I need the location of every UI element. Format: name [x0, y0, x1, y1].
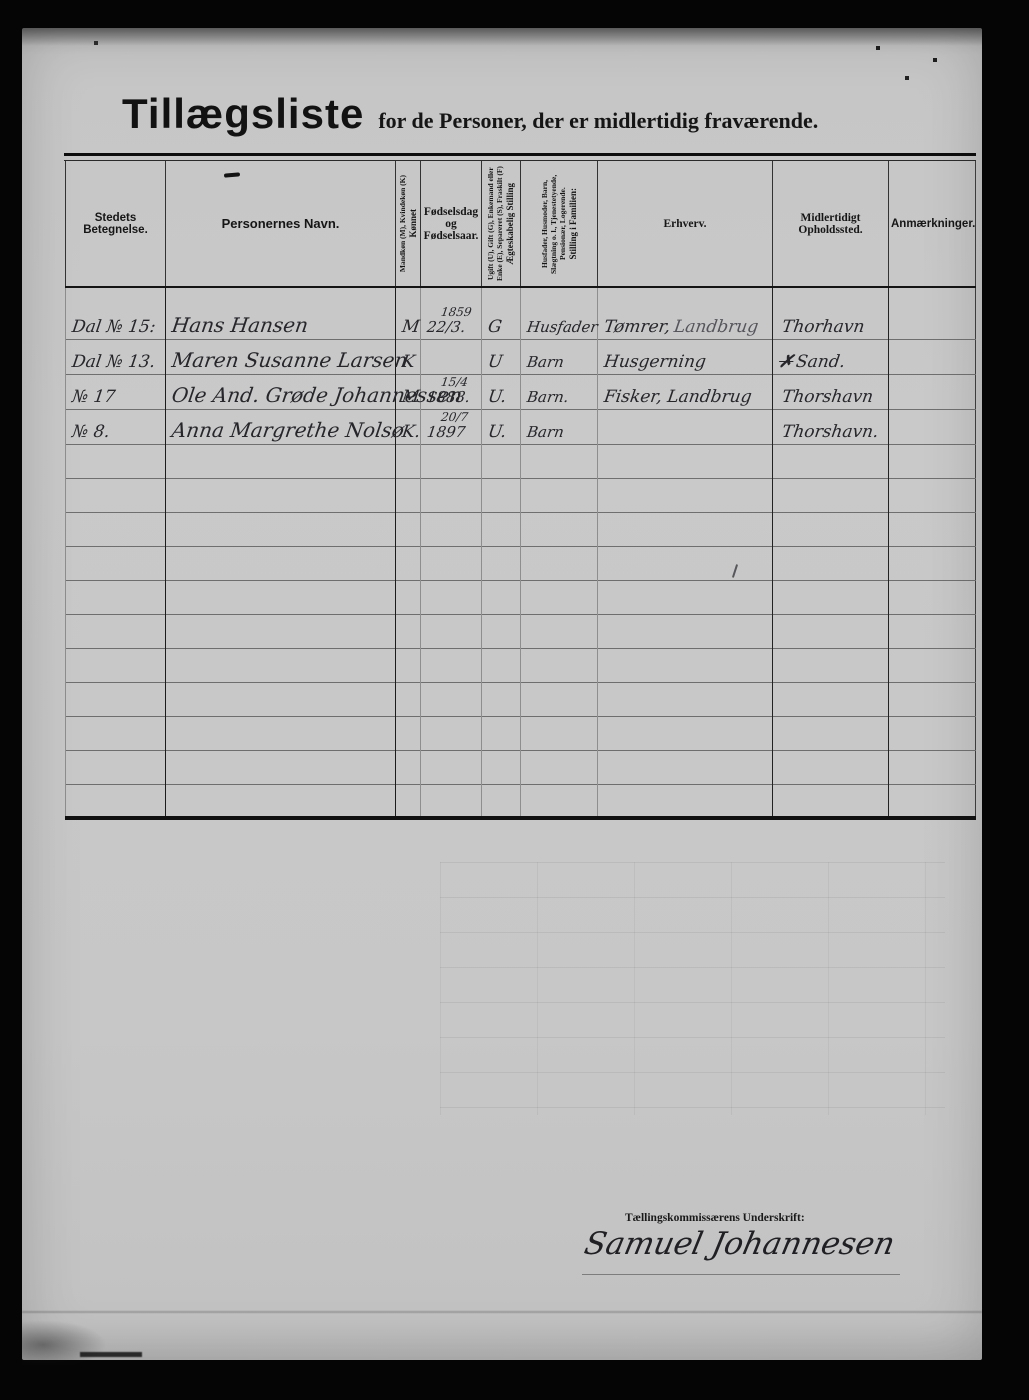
cell-stedets-betegnelse: № 8.	[66, 409, 166, 444]
empty-cell	[598, 750, 773, 784]
empty-table-row	[66, 512, 976, 546]
handwritten-occupation-faint: Landbrug	[673, 319, 759, 336]
empty-cell	[773, 512, 889, 546]
handwritten-sex: K	[401, 354, 416, 371]
handwritten-birth-top: 20/7	[440, 411, 482, 423]
empty-cell	[482, 546, 521, 580]
empty-cell	[166, 478, 396, 512]
empty-cell	[598, 784, 773, 818]
empty-cell	[421, 444, 482, 478]
empty-cell	[482, 614, 521, 648]
cell-aegteskabelig-stilling: U.	[482, 409, 521, 444]
empty-cell	[889, 580, 976, 614]
handwritten-marital: U.	[487, 424, 508, 441]
table-header-row: Stedets Betegnelse. Personernes Navn. Ma…	[66, 161, 976, 287]
empty-table-row	[66, 478, 976, 512]
vertical-header-wrap: Mandkøn (M), Kvindekøn (K) Kønnet	[398, 163, 418, 284]
handwritten-place: № 8.	[71, 424, 111, 441]
empty-cell	[521, 682, 598, 716]
col-header-koennet: Mandkøn (M), Kvindekøn (K) Kønnet	[396, 161, 421, 287]
empty-cell	[773, 614, 889, 648]
empty-cell	[521, 648, 598, 682]
commissioner-signature: Samuel Johannesen	[581, 1226, 898, 1262]
empty-cell	[598, 478, 773, 512]
handwritten-name: Hans Hansen	[171, 315, 310, 335]
empty-cell	[66, 648, 166, 682]
empty-table-row	[66, 444, 976, 478]
handwritten-occupation: Tømrer,	[603, 319, 672, 336]
col-header-opholdssted: Midlertidigt Opholdssted.	[773, 161, 889, 287]
empty-cell	[421, 546, 482, 580]
handwritten-birth-top: 15/4	[440, 376, 482, 388]
handwritten-marital: U	[487, 354, 504, 371]
handwritten-family-position: Barn	[526, 425, 565, 440]
handwritten-family-position: Husfader	[526, 320, 599, 335]
empty-cell	[521, 716, 598, 750]
handwritten-sex: K.	[401, 424, 421, 441]
table-row: № 8. Anna Margrethe Nolsø K. 20/71897 U.…	[66, 409, 976, 444]
vertical-header-wrap: Husfader, Husmoder, Barn, Slægtning o. l…	[523, 163, 595, 284]
cell-anmaerkninger	[889, 374, 976, 409]
empty-cell	[773, 444, 889, 478]
empty-cell	[396, 648, 421, 682]
empty-cell	[521, 478, 598, 512]
empty-cell	[66, 750, 166, 784]
empty-cell	[421, 784, 482, 818]
empty-table-row	[66, 750, 976, 784]
empty-table-row	[66, 580, 976, 614]
col-header-foedselsdag: Fødselsdag og Fødselsaar.	[421, 161, 482, 287]
cell-anmaerkninger	[889, 339, 976, 374]
paper-crease	[22, 1311, 982, 1313]
empty-cell	[773, 478, 889, 512]
empty-cell	[521, 546, 598, 580]
empty-cell	[482, 648, 521, 682]
empty-cell	[598, 444, 773, 478]
handwritten-residence: Thorshavn	[781, 389, 874, 406]
col-header-stedets-betegnelse: Stedets Betegnelse.	[66, 161, 166, 287]
col-header-erhverv: Erhverv.	[598, 161, 773, 287]
col-header-anmaerkninger: Anmærkninger.	[889, 161, 976, 287]
empty-cell	[482, 750, 521, 784]
col-header-koennet-main: Kønnet	[408, 209, 419, 238]
handwritten-place: № 17	[71, 389, 117, 406]
empty-cell	[421, 750, 482, 784]
empty-table-row	[66, 784, 976, 818]
cell-midlertidigt-opholdssted: Thorhavn	[773, 287, 889, 339]
cell-anmaerkninger	[889, 287, 976, 339]
col-header-stilling-main: Stilling i Familien:	[568, 188, 579, 260]
handwritten-marital: U.	[487, 389, 508, 406]
printer-mark	[80, 1352, 142, 1357]
handwritten-residence: Sand.	[795, 354, 846, 371]
empty-cell	[396, 444, 421, 478]
title-divider	[64, 153, 976, 161]
cell-foedselsdag: 15/41888.	[421, 374, 482, 409]
cell-stilling-i-familien: Barn	[521, 409, 598, 444]
col-header-koennet-sub: Mandkøn (M), Kvindekøn (K)	[398, 175, 407, 272]
cell-foedselsdag	[421, 339, 482, 374]
empty-cell	[889, 614, 976, 648]
empty-cell	[66, 512, 166, 546]
empty-table-row	[66, 682, 976, 716]
empty-cell	[598, 546, 773, 580]
handwritten-residence: Thorhavn	[781, 319, 866, 336]
bleed-through-grid	[440, 862, 945, 1115]
empty-cell	[421, 716, 482, 750]
handwritten-residence: Thorshavn.	[781, 424, 880, 441]
cell-stedets-betegnelse: Dal № 13.	[66, 339, 166, 374]
cell-midlertidigt-opholdssted: Thorshavn	[773, 374, 889, 409]
empty-cell	[421, 614, 482, 648]
col-header-aegteskab-main: Ægteskabelig Stilling	[505, 183, 516, 265]
empty-cell	[166, 614, 396, 648]
empty-cell	[773, 580, 889, 614]
cell-stedets-betegnelse: Dal № 15:	[66, 287, 166, 339]
empty-cell	[396, 580, 421, 614]
empty-cell	[396, 716, 421, 750]
empty-cell	[421, 580, 482, 614]
empty-cell	[889, 648, 976, 682]
signature-underline	[582, 1274, 900, 1275]
empty-cell	[166, 648, 396, 682]
empty-table-row	[66, 546, 976, 580]
handwritten-marital: G	[487, 319, 503, 336]
handwritten-birth: 1897	[426, 425, 466, 440]
empty-cell	[598, 580, 773, 614]
empty-cell	[482, 512, 521, 546]
signature-label: Tællingskommissærens Underskrift:	[625, 1212, 805, 1224]
empty-cell	[889, 716, 976, 750]
empty-cell	[66, 478, 166, 512]
empty-cell	[421, 512, 482, 546]
col-header-stilling-sub: Husfader, Husmoder, Barn, Slægtning o. l…	[540, 165, 567, 283]
cell-erhverv: Fisker, Landbrug	[598, 374, 773, 409]
empty-cell	[166, 682, 396, 716]
cell-midlertidigt-opholdssted: ✗Sand.	[773, 339, 889, 374]
handwritten-name: Maren Susanne Larsen	[171, 350, 409, 370]
empty-cell	[421, 648, 482, 682]
empty-cell	[773, 546, 889, 580]
handwritten-sex: M	[401, 319, 421, 336]
handwritten-birth: 22/3.	[426, 320, 467, 335]
empty-cell	[66, 546, 166, 580]
empty-cell	[66, 580, 166, 614]
empty-cell	[598, 716, 773, 750]
empty-cell	[889, 546, 976, 580]
cell-aegteskabelig-stilling: U.	[482, 374, 521, 409]
empty-cell	[521, 580, 598, 614]
empty-cell	[598, 682, 773, 716]
handwritten-occupation: Fisker, Landbrug	[603, 389, 753, 406]
empty-cell	[773, 750, 889, 784]
empty-table-row	[66, 716, 976, 750]
cell-aegteskabelig-stilling: G	[482, 287, 521, 339]
cell-personernes-navn: Hans Hansen	[166, 287, 396, 339]
cell-stilling-i-familien: Barn	[521, 339, 598, 374]
empty-cell	[66, 614, 166, 648]
col-header-aegteskab-sub: Ugift (U), Gift (G), Enkemand eller Enke…	[486, 165, 504, 283]
handwritten-sex: M	[401, 389, 421, 406]
cell-personernes-navn: Ole And. Grøde Johannessen	[166, 374, 396, 409]
col-header-aegteskabelig-stilling: Ugift (U), Gift (G), Enkemand eller Enke…	[482, 161, 521, 287]
cell-personernes-navn: Anna Margrethe Nolsø	[166, 409, 396, 444]
cell-anmaerkninger	[889, 409, 976, 444]
empty-cell	[166, 784, 396, 818]
empty-cell	[66, 716, 166, 750]
scan-background: Tillægsliste for de Personer, der er mid…	[0, 0, 1029, 1400]
table-row: Dal № 15: Hans Hansen M 185922/3. G Husf…	[66, 287, 976, 339]
empty-cell	[889, 478, 976, 512]
paper-specks	[22, 28, 24, 30]
cell-stedets-betegnelse: № 17	[66, 374, 166, 409]
empty-cell	[396, 784, 421, 818]
empty-cell	[421, 682, 482, 716]
handwritten-family-position: Barn.	[526, 390, 570, 405]
handwritten-occupation: Husgerning	[603, 354, 707, 371]
empty-cell	[482, 444, 521, 478]
cell-erhverv	[598, 409, 773, 444]
empty-table-row	[66, 648, 976, 682]
handwritten-birth-top: 1859	[440, 306, 482, 318]
cell-foedselsdag: 20/71897	[421, 409, 482, 444]
empty-cell	[66, 444, 166, 478]
col-header-personernes-navn-label: Personernes Navn.	[222, 216, 340, 231]
empty-cell	[66, 682, 166, 716]
empty-cell	[773, 648, 889, 682]
empty-cell	[889, 444, 976, 478]
empty-cell	[66, 784, 166, 818]
empty-cell	[598, 648, 773, 682]
cell-personernes-navn: Maren Susanne Larsen	[166, 339, 396, 374]
empty-cell	[396, 750, 421, 784]
table-row: № 17 Ole And. Grøde Johannessen M 15/418…	[66, 374, 976, 409]
empty-cell	[396, 478, 421, 512]
empty-cell	[773, 682, 889, 716]
handwritten-strikethrough: ✗	[778, 354, 795, 371]
empty-cell	[482, 682, 521, 716]
empty-cell	[521, 750, 598, 784]
vertical-header-wrap: Ugift (U), Gift (G), Enkemand eller Enke…	[484, 163, 518, 284]
empty-cell	[598, 614, 773, 648]
cell-aegteskabelig-stilling: U	[482, 339, 521, 374]
empty-cell	[396, 512, 421, 546]
empty-cell	[166, 750, 396, 784]
empty-cell	[521, 512, 598, 546]
ink-dash-mark	[224, 172, 240, 177]
form-title-main: Tillægsliste	[122, 90, 364, 138]
empty-table-row	[66, 614, 976, 648]
empty-cell	[166, 546, 396, 580]
empty-cell	[521, 444, 598, 478]
empty-cell	[598, 512, 773, 546]
cell-stilling-i-familien: Barn.	[521, 374, 598, 409]
empty-cell	[166, 716, 396, 750]
empty-cell	[521, 614, 598, 648]
empty-cell	[421, 478, 482, 512]
handwritten-place: Dal № 15:	[71, 319, 157, 336]
census-form-page: Tillægsliste for de Personer, der er mid…	[22, 28, 982, 1360]
cell-koennet: M	[396, 287, 421, 339]
handwritten-place: Dal № 13.	[71, 354, 157, 371]
cell-erhverv: Tømrer,Landbrug	[598, 287, 773, 339]
empty-cell	[166, 512, 396, 546]
empty-cell	[482, 716, 521, 750]
empty-cell	[166, 580, 396, 614]
cell-erhverv: Husgerning	[598, 339, 773, 374]
empty-cell	[396, 614, 421, 648]
empty-cell	[396, 682, 421, 716]
handwritten-name: Anna Margrethe Nolsø	[171, 420, 406, 440]
persons-table: Stedets Betegnelse. Personernes Navn. Ma…	[65, 161, 976, 820]
empty-cell	[889, 682, 976, 716]
table-row: Dal № 13. Maren Susanne Larsen K U Barn …	[66, 339, 976, 374]
handwritten-birth: 1888.	[426, 390, 471, 405]
empty-cell	[166, 444, 396, 478]
empty-cell	[889, 784, 976, 818]
empty-cell	[773, 716, 889, 750]
form-title-subtitle: for de Personer, der er midlertidig frav…	[378, 108, 818, 134]
empty-cell	[773, 784, 889, 818]
empty-cell	[889, 750, 976, 784]
cell-midlertidigt-opholdssted: Thorshavn.	[773, 409, 889, 444]
empty-cell	[482, 478, 521, 512]
corner-smudge	[22, 1320, 107, 1365]
cell-stilling-i-familien: Husfader	[521, 287, 598, 339]
col-header-stilling-i-familien: Husfader, Husmoder, Barn, Slægtning o. l…	[521, 161, 598, 287]
col-header-personernes-navn: Personernes Navn.	[166, 161, 396, 287]
handwritten-family-position: Barn	[526, 355, 565, 370]
empty-cell	[396, 546, 421, 580]
cell-foedselsdag: 185922/3.	[421, 287, 482, 339]
form-title: Tillægsliste for de Personer, der er mid…	[122, 90, 952, 138]
empty-cell	[482, 580, 521, 614]
empty-cell	[889, 512, 976, 546]
empty-cell	[521, 784, 598, 818]
empty-cell	[482, 784, 521, 818]
